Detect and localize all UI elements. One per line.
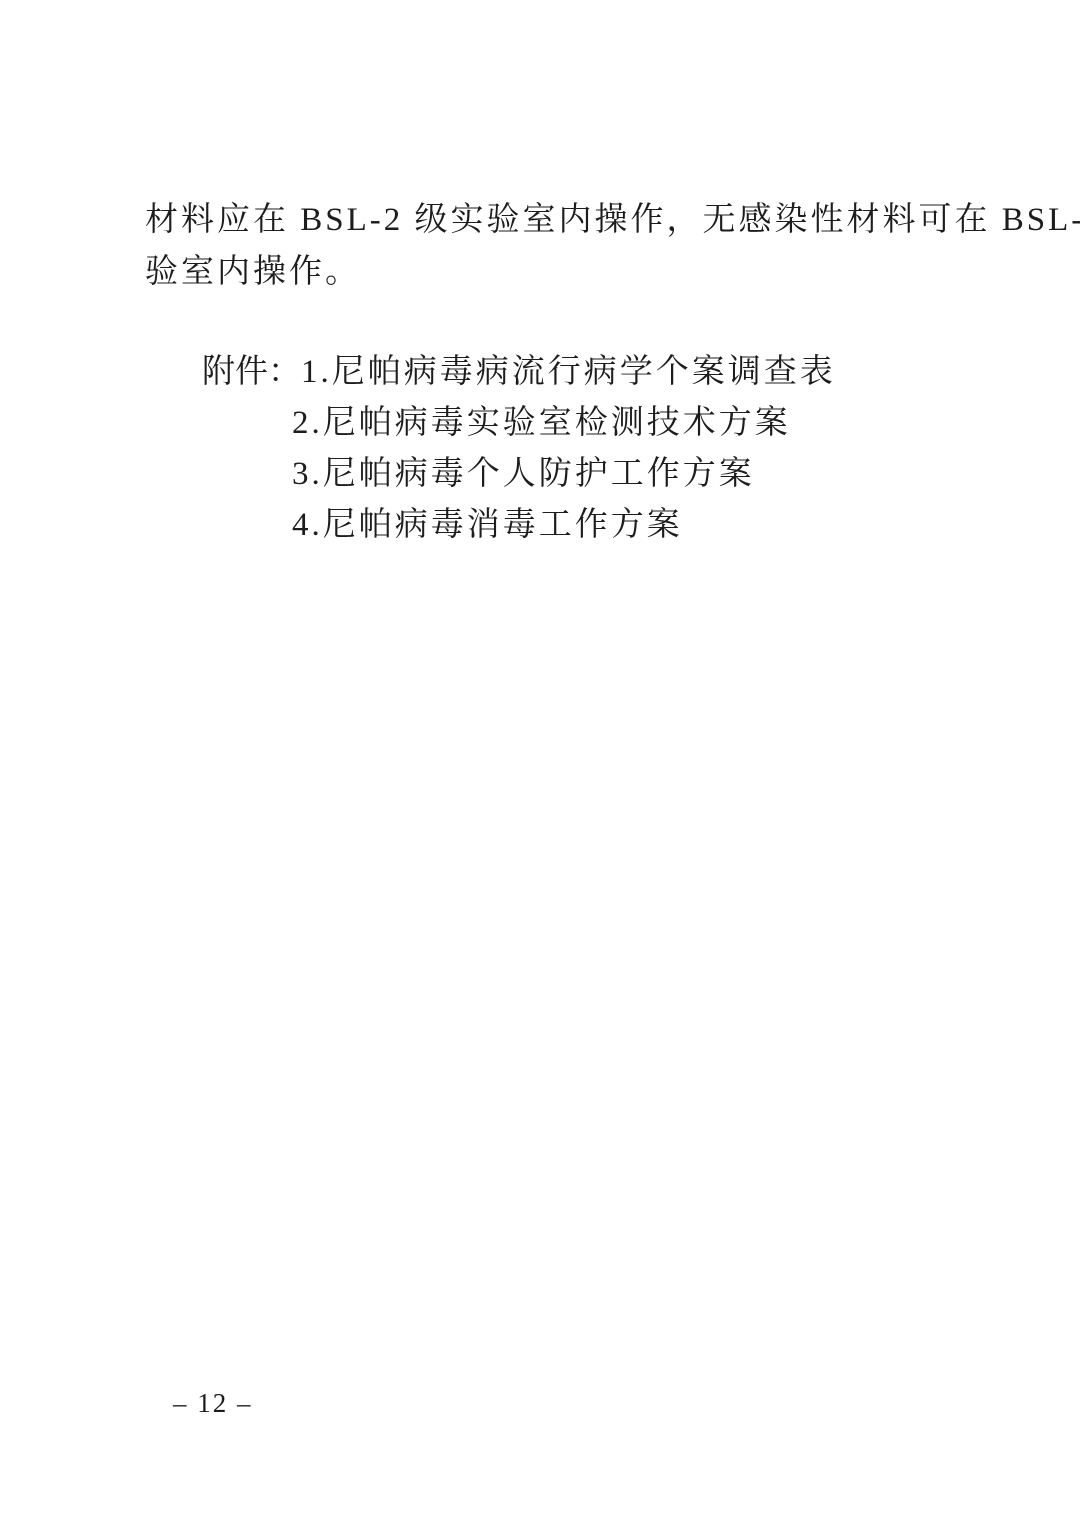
attachment-item-1: 1.尼帕病毒病流行病学个案调查表 — [301, 347, 836, 398]
attachment-row: 3.尼帕病毒个人防护工作方案 — [202, 449, 836, 500]
attachment-item-3: 3.尼帕病毒个人防护工作方案 — [292, 449, 755, 500]
document-page: 材料应在 BSL-2 级实验室内操作，无感染性材料可在 BSL-1 级实 验室内… — [0, 0, 1080, 1527]
attachment-row: 4.尼帕病毒消毒工作方案 — [202, 500, 836, 551]
paragraph-line-1: 材料应在 BSL-2 级实验室内操作，无感染性材料可在 BSL-1 级实 — [145, 194, 965, 246]
body-paragraph: 材料应在 BSL-2 级实验室内操作，无感染性材料可在 BSL-1 级实 验室内… — [145, 194, 965, 298]
attachments-label-spacer — [202, 449, 292, 500]
attachment-row: 2.尼帕病毒实验室检测技术方案 — [202, 398, 836, 449]
attachments-label: 附件： — [202, 347, 301, 398]
attachment-item-2: 2.尼帕病毒实验室检测技术方案 — [292, 398, 791, 449]
paragraph-line-2: 验室内操作。 — [145, 246, 965, 298]
attachment-row: 附件： 1.尼帕病毒病流行病学个案调查表 — [202, 347, 836, 398]
attachments-label-spacer — [202, 500, 292, 551]
attachments-list: 附件： 1.尼帕病毒病流行病学个案调查表 2.尼帕病毒实验室检测技术方案 3.尼… — [202, 347, 836, 551]
page-number: – 12 – — [173, 1388, 253, 1418]
attachments-label-spacer — [202, 398, 292, 449]
attachment-item-4: 4.尼帕病毒消毒工作方案 — [292, 500, 683, 551]
